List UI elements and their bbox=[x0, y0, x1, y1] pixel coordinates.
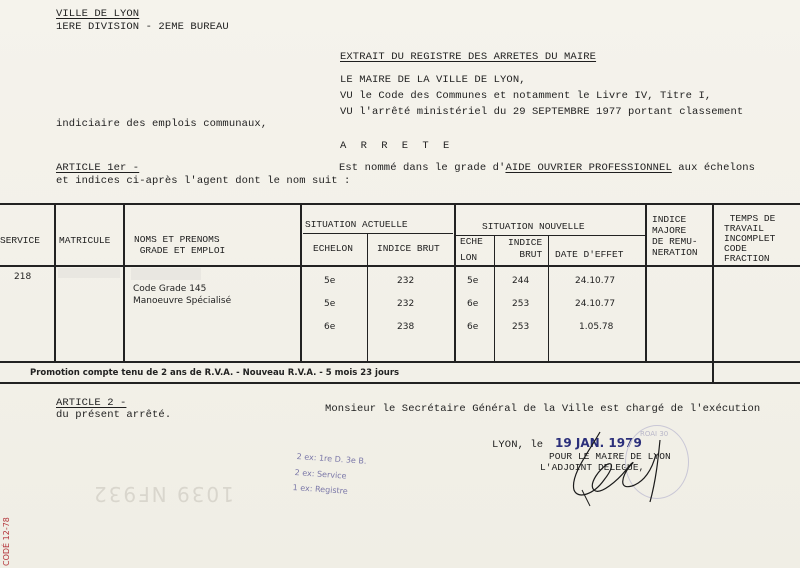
article-2-line-2: du présent arrêté. bbox=[56, 409, 171, 421]
handwritten-signature-icon bbox=[560, 430, 670, 510]
preamble-line-4: indiciaire des emplois communaux, bbox=[56, 118, 267, 130]
table-footnote: Promotion compte tenu de 2 ans de R.V.A.… bbox=[30, 368, 399, 378]
col-divider-9 bbox=[712, 203, 714, 383]
row3-sa-echelon: 6e bbox=[324, 322, 335, 332]
col-divider-8 bbox=[645, 203, 647, 363]
document-page: VILLE DE LYON 1ERE DIVISION - 2EME BUREA… bbox=[0, 0, 800, 568]
row3-date: 1.05.78 bbox=[579, 322, 613, 332]
header-sn-indice-brut: INDICE BRUT bbox=[508, 237, 542, 261]
header-sn-echelon: ECHE LON bbox=[460, 234, 483, 266]
header-indice-majore: INDICE MAJORE DE REMU- NERATION bbox=[652, 214, 698, 258]
article-1-label: ARTICLE 1er - bbox=[56, 162, 139, 174]
row2-sn-indice: 253 bbox=[512, 299, 529, 309]
col-divider-4 bbox=[367, 233, 368, 361]
col-divider-2 bbox=[123, 203, 125, 363]
col-divider-7 bbox=[548, 235, 549, 361]
row1-sn-indice: 244 bbox=[512, 276, 529, 286]
row1-sa-echelon: 5e bbox=[324, 276, 335, 286]
distribution-line-1: 2 ex: 1re D. 3e B. bbox=[296, 452, 366, 466]
header-matricule: MATRICULE bbox=[59, 235, 110, 246]
header-sa-echelon: ECHELON bbox=[313, 243, 353, 254]
article-1-text: Est nommé dans le grade d'AIDE OUVRIER P… bbox=[339, 162, 755, 174]
show-through-text: 1039 NF932 bbox=[92, 482, 234, 506]
row3-sn-indice: 253 bbox=[512, 322, 529, 332]
preamble-line-1: LE MAIRE DE LA VILLE DE LYON, bbox=[340, 74, 526, 86]
cell-emploi: Manoeuvre Spécialisé bbox=[133, 296, 231, 306]
row1-date: 24.10.77 bbox=[575, 276, 615, 286]
redacted-name bbox=[131, 268, 201, 280]
header-sa-indice-brut: INDICE BRUT bbox=[377, 243, 440, 254]
article-1-text-part2: aux échelons bbox=[672, 162, 755, 174]
decree-heading: A R R E T E bbox=[340, 140, 453, 152]
article-1-grade: AIDE OUVRIER PROFESSIONNEL bbox=[505, 162, 671, 174]
col-divider-6 bbox=[494, 235, 495, 361]
table-header-bottom-border bbox=[0, 265, 800, 267]
city-heading: VILLE DE LYON bbox=[56, 8, 139, 20]
margin-note: CODÉ 12-78 bbox=[2, 517, 11, 566]
article-2-label: ARTICLE 2 - bbox=[56, 397, 126, 409]
redacted-matricule bbox=[58, 268, 120, 278]
extract-title: EXTRAIT DU REGISTRE DES ARRETES DU MAIRE bbox=[340, 51, 596, 63]
distribution-line-3: 1 ex: Registre bbox=[292, 483, 348, 496]
cell-grade-code: Code Grade 145 bbox=[133, 284, 206, 294]
row2-date: 24.10.77 bbox=[575, 299, 615, 309]
row1-sn-echelon: 5e bbox=[467, 276, 478, 286]
sn-subheader-line bbox=[455, 235, 645, 236]
row1-sa-indice: 232 bbox=[397, 276, 414, 286]
article-2-text: Monsieur le Secrétaire Général de la Vil… bbox=[325, 403, 760, 415]
preamble-line-2: VU le Code des Communes et notamment le … bbox=[340, 90, 711, 102]
col-divider-1 bbox=[54, 203, 56, 363]
signature-place: LYON, le bbox=[492, 439, 543, 451]
header-noms: NOMS ET PRENOMS GRADE ET EMPLOI bbox=[134, 234, 225, 256]
article-1-line-2: et indices ci-après l'agent dont le nom … bbox=[56, 175, 350, 187]
table-top-border bbox=[0, 203, 800, 205]
cell-service: 218 bbox=[14, 272, 31, 282]
table-footnote-bottom-border bbox=[0, 382, 800, 384]
row2-sa-indice: 232 bbox=[397, 299, 414, 309]
header-service: SERVICE bbox=[0, 235, 40, 246]
header-sn-date: DATE D'EFFET bbox=[555, 249, 623, 260]
col-divider-5 bbox=[454, 203, 456, 363]
header-situation-actuelle: SITUATION ACTUELLE bbox=[305, 219, 408, 230]
header-temps-travail: TEMPS DE TRAVAIL INCOMPLET CODE FRACTION bbox=[724, 214, 775, 264]
row2-sa-echelon: 5e bbox=[324, 299, 335, 309]
division-heading: 1ERE DIVISION - 2EME BUREAU bbox=[56, 21, 229, 33]
article-1-text-part1: Est nommé dans le grade d' bbox=[339, 162, 505, 174]
row3-sa-indice: 238 bbox=[397, 322, 414, 332]
col-divider-3 bbox=[300, 203, 302, 363]
distribution-line-2: 2 ex: Service bbox=[294, 468, 346, 481]
sa-subheader-line bbox=[303, 233, 453, 234]
preamble-line-3: VU l'arrêté ministériel du 29 SEPTEMBRE … bbox=[340, 106, 743, 118]
row2-sn-echelon: 6e bbox=[467, 299, 478, 309]
table-body-bottom-border bbox=[0, 361, 800, 363]
header-situation-nouvelle: SITUATION NOUVELLE bbox=[482, 221, 585, 232]
row3-sn-echelon: 6e bbox=[467, 322, 478, 332]
